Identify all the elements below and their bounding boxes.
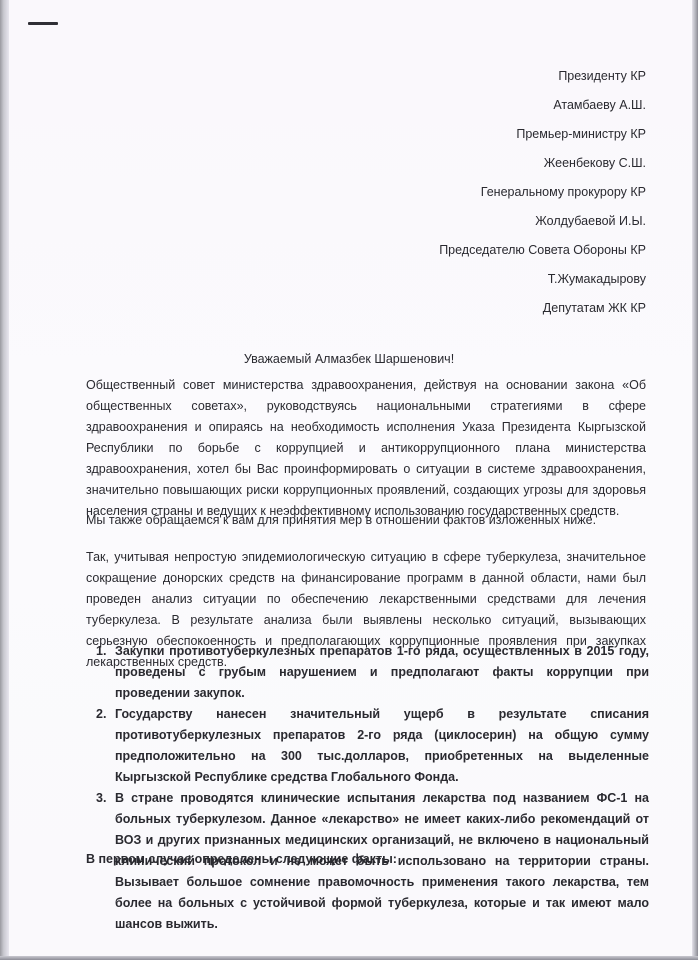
- recipient-line: Председателю Совета Обороны КР: [439, 236, 646, 265]
- salutation: Уважаемый Алмазбек Шаршенович!: [0, 352, 698, 366]
- scanned-letter-page: Президенту КР Атамбаеву А.Ш. Премьер-мин…: [0, 0, 698, 960]
- page-left-edge: [0, 0, 9, 957]
- body-paragraph-intro: Общественный совет министерства здравоох…: [86, 375, 646, 522]
- page-bottom-edge: [0, 956, 698, 960]
- recipient-line: Депутатам ЖК КР: [439, 294, 646, 323]
- recipient-line: Атамбаеву А.Ш.: [439, 91, 646, 120]
- recipient-line: Жолдубаевой И.Ы.: [439, 207, 646, 236]
- recipient-line: Премьер-министру КР: [439, 120, 646, 149]
- recipient-line: Генеральному прокурору КР: [439, 178, 646, 207]
- margin-dash-mark: [28, 22, 58, 25]
- list-item-number: 3.: [96, 788, 106, 809]
- body-paragraph-request: Мы также обращаемся к вам для принятия м…: [86, 510, 646, 531]
- list-item-number: 2.: [96, 704, 106, 725]
- page-right-edge: [692, 0, 698, 957]
- recipient-line: Т.Жумакадырову: [439, 265, 646, 294]
- list-item: 2. Государству нанесен значительный ущер…: [86, 704, 649, 788]
- list-item-text: Закупки противотуберкулезных препаратов …: [115, 644, 649, 700]
- list-item-text: Государству нанесен значительный ущерб в…: [115, 707, 649, 784]
- recipient-line: Жеенбекову С.Ш.: [439, 149, 646, 178]
- findings-list: 1. Закупки противотуберкулезных препарат…: [86, 641, 649, 935]
- list-item-number: 1.: [96, 641, 106, 662]
- section-lead-in: В первом случае определены следующие фак…: [86, 852, 397, 866]
- addressee-block: Президенту КР Атамбаеву А.Ш. Премьер-мин…: [439, 62, 646, 323]
- recipient-line: Президенту КР: [439, 62, 646, 91]
- list-item: 1. Закупки противотуберкулезных препарат…: [86, 641, 649, 704]
